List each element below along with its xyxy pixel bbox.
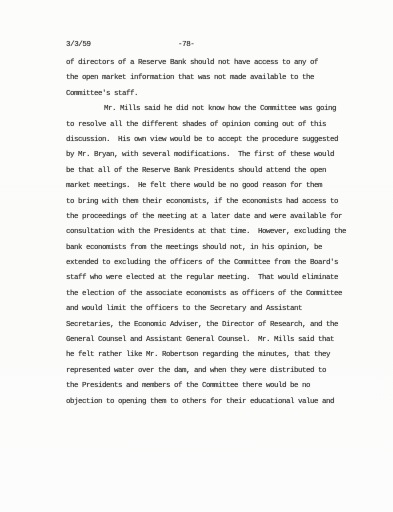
text-line: bank economists from the meetings should… [66,241,376,256]
page-header: 3/3/59 -78- [0,41,393,55]
paragraph-1: of directors of a Reserve Bank should no… [66,56,376,102]
text-line: Mr. Mills said he did not know how the C… [66,102,376,117]
text-line: Secretaries, the Economic Adviser, the D… [66,318,376,333]
text-line: of directors of a Reserve Bank should no… [66,56,376,71]
text-line: extended to excluding the officers of th… [66,256,376,271]
text-line: by Mr. Bryan, with several modifications… [66,148,376,163]
text-line: Committee's staff. [66,87,376,102]
page-number: -78- [178,41,194,49]
text-line: to bring with them their economists, if … [66,195,376,210]
text-line: discussion. His own view would be to acc… [66,133,376,148]
text-line: be that all of the Reserve Bank Presiden… [66,164,376,179]
text-line: objection to opening them to others for … [66,395,376,410]
text-line: the election of the associate economists… [66,287,376,302]
text-line: the proceedings of the meeting at a late… [66,210,376,225]
text-line: staff who were elected at the regular me… [66,271,376,286]
paragraph-2: Mr. Mills said he did not know how the C… [66,102,376,410]
text-line: the open market information that was not… [66,71,376,86]
document-body: of directors of a Reserve Bank should no… [66,56,376,410]
text-line: and would limit the officers to the Secr… [66,302,376,317]
text-line: General Counsel and Assistant General Co… [66,333,376,348]
text-line: market meetings. He felt there would be … [66,179,376,194]
document-page: 3/3/59 -78- of directors of a Reserve Ba… [0,0,393,512]
text-line: he felt rather like Mr. Robertson regard… [66,348,376,363]
text-line: represented water over the dam, and when… [66,364,376,379]
text-line: to resolve all the different shades of o… [66,118,376,133]
text-line: consultation with the Presidents at that… [66,225,376,240]
text-line: the Presidents and members of the Commit… [66,379,376,394]
header-date: 3/3/59 [66,41,91,49]
